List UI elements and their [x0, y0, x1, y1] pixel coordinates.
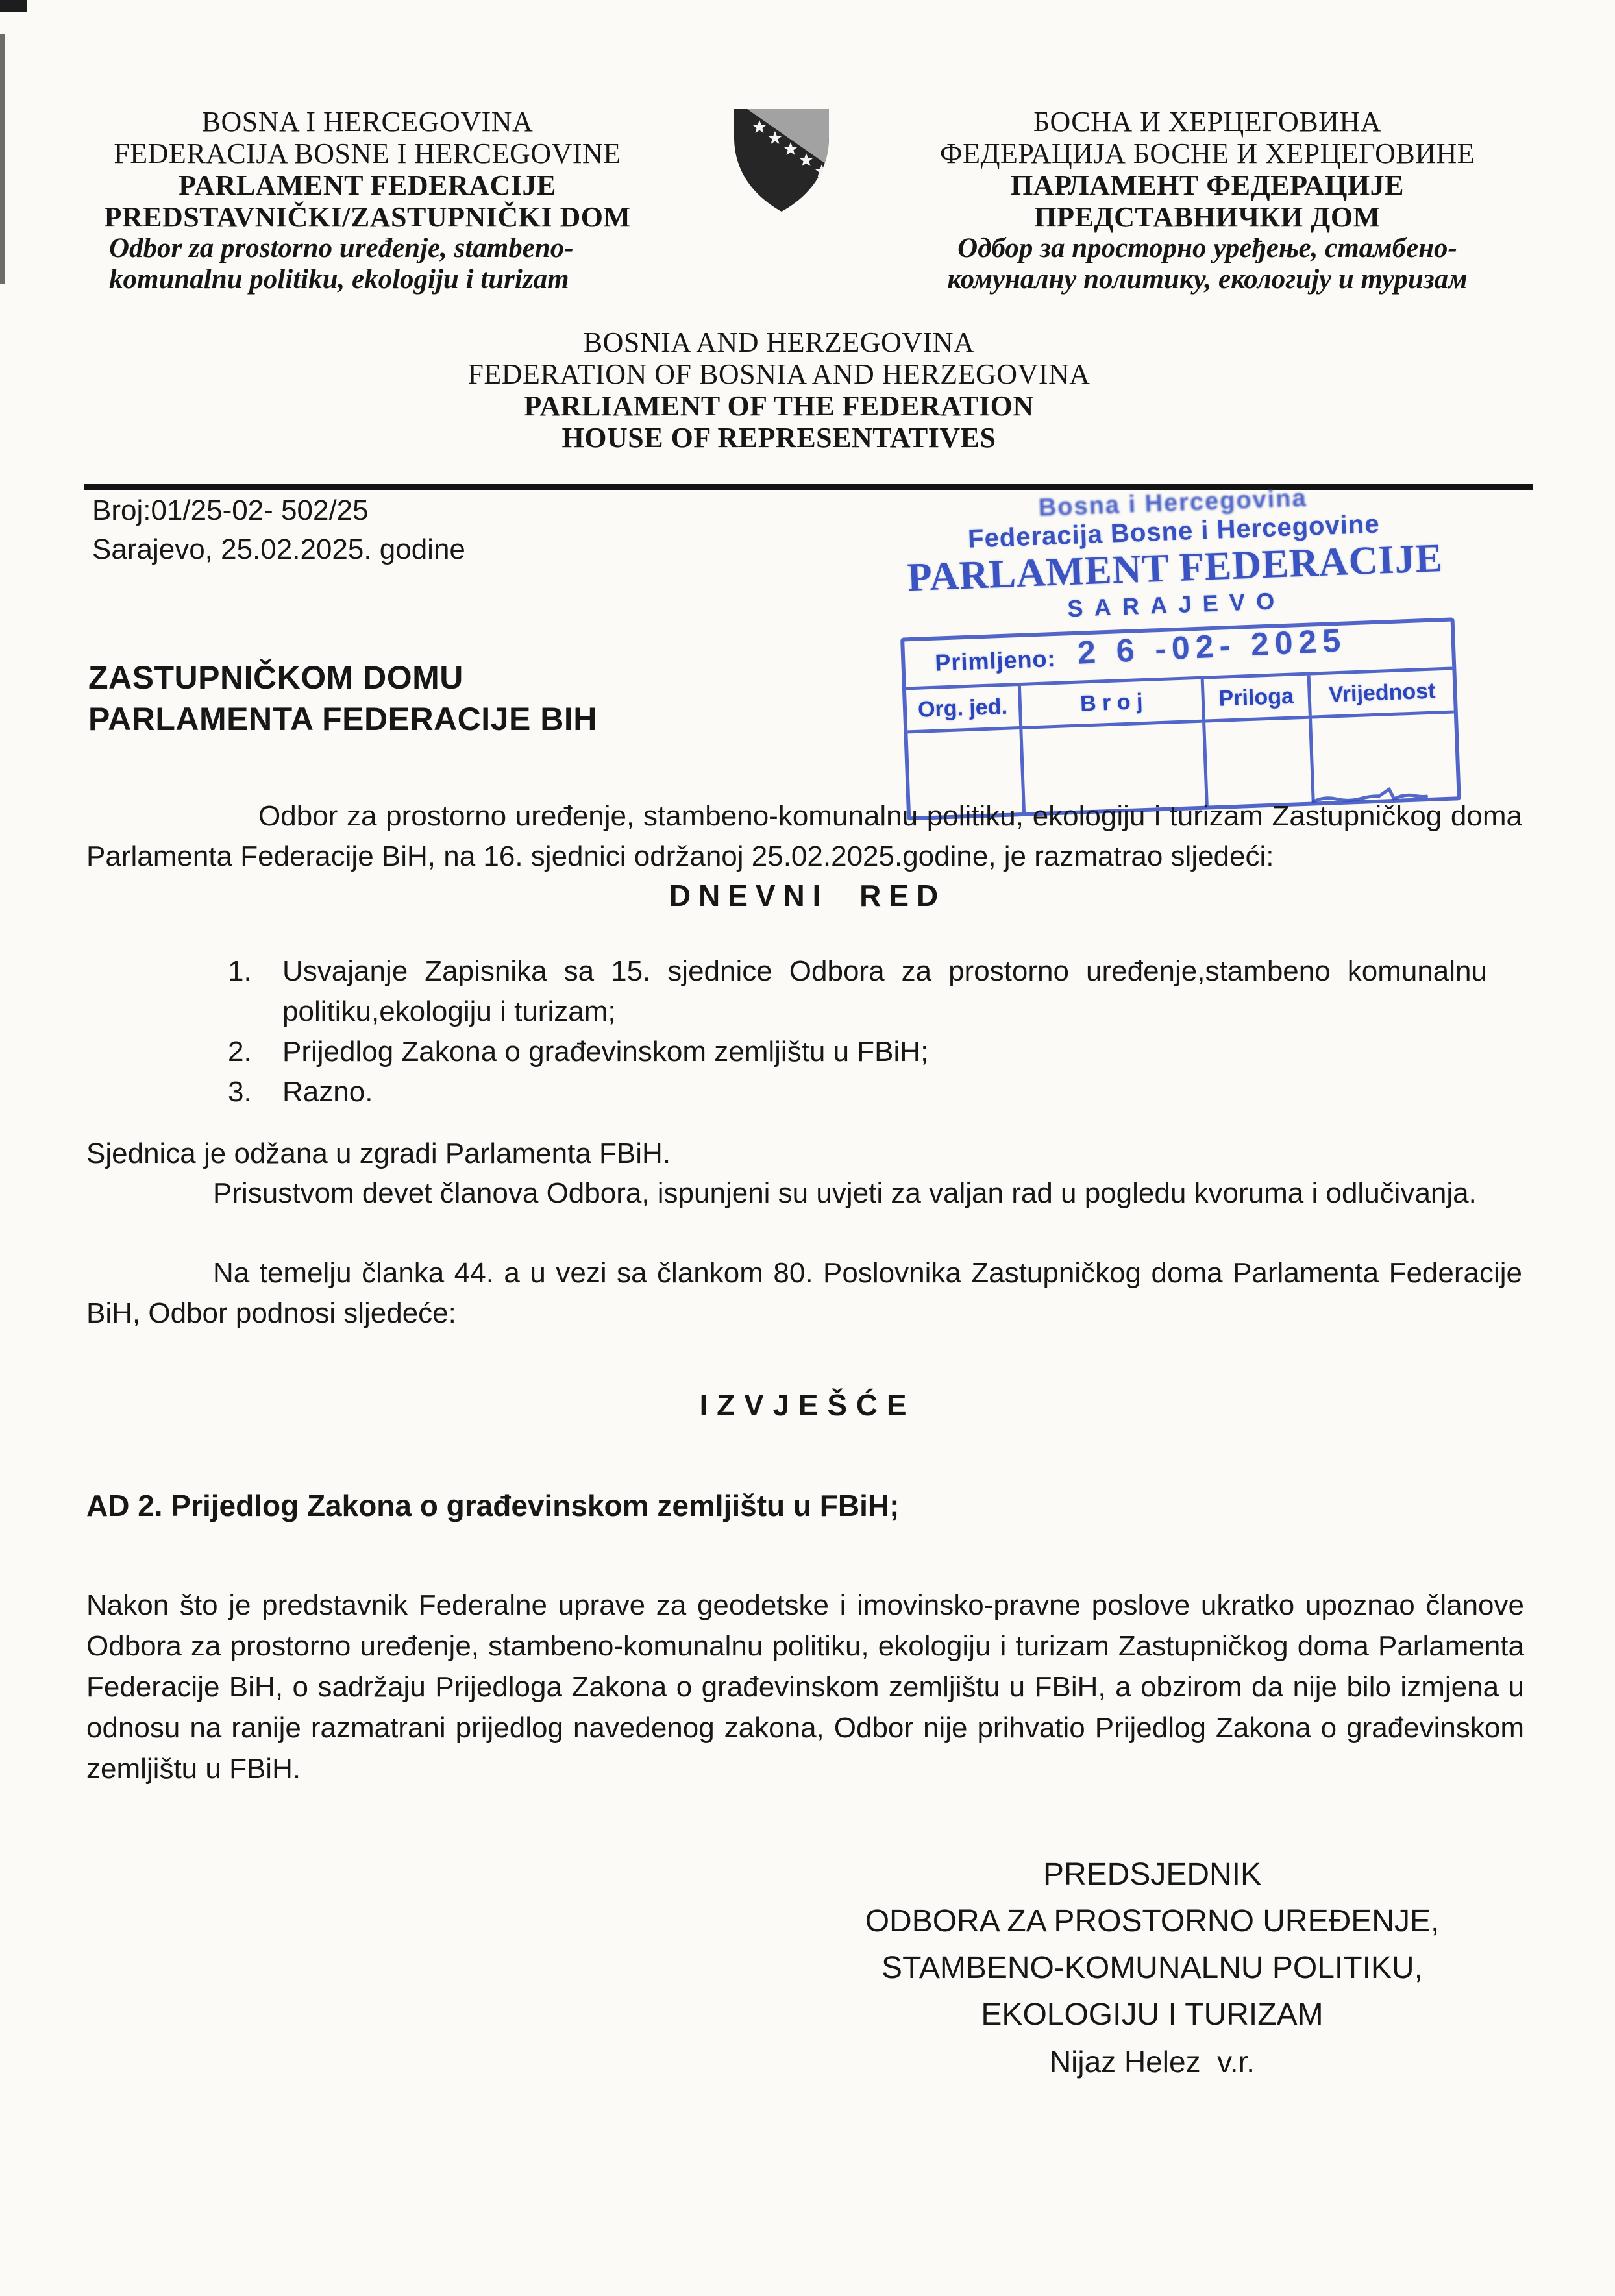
signature-title-line: ODBORA ZA PROSTORNO UREĐENJE, — [808, 1898, 1496, 1945]
signature-block: PREDSJEDNIK ODBORA ZA PROSTORNO UREĐENJE… — [808, 1851, 1496, 2085]
letterhead-line: BOSNA I HERCEGOVINA — [92, 106, 643, 138]
report-title: IZVJEŠĆE — [0, 1387, 1615, 1423]
addressee-line: ZASTUPNIČKOM DOMU — [88, 657, 597, 698]
letterhead-line: HOUSE OF REPRESENTATIVES — [422, 422, 1136, 454]
agenda-item-number: 1. — [228, 951, 282, 1032]
agenda-item: 3. Razno. — [228, 1072, 1523, 1112]
letterhead-line: PARLIAMENT OF THE FEDERATION — [422, 390, 1136, 422]
agenda-item-number: 3. — [228, 1072, 282, 1112]
stamp-col-org-jed: Org. jed. — [906, 686, 1022, 730]
agenda-item: 1. Usvajanje Zapisnika sa 15. sjednice O… — [228, 951, 1523, 1032]
letterhead-line: ПАРЛАМЕНТ ФЕДЕРАЦИЈЕ — [928, 169, 1486, 201]
bih-coat-of-arms-icon — [726, 103, 837, 219]
addressee-block: ZASTUPNIČKOM DOMU PARLAMENTA FEDERACIJE … — [88, 657, 597, 740]
agenda-list: 1. Usvajanje Zapisnika sa 15. sjednice O… — [228, 951, 1523, 1112]
committee-name-line: Одбор за просторно уређење, стамбено- — [928, 233, 1486, 264]
stamp-col-priloga: Priloga — [1204, 676, 1312, 720]
letterhead-line: PREDSTAVNIČKI/ZASTUPNIČKI DOM — [92, 201, 643, 233]
stamp-col-broj: B r o j — [1021, 679, 1205, 726]
stamp-empty-cell — [1205, 719, 1315, 806]
legal-basis-paragraph: Na temelju članka 44. a u vezi sa članko… — [86, 1253, 1522, 1334]
agenda-item-text: Usvajanje Zapisnika sa 15. sjednice Odbo… — [282, 951, 1523, 1032]
agenda-title: DNEVNI RED — [0, 878, 1615, 913]
committee-name-line: komunalnu politiku, ekologiju i turizam — [92, 264, 643, 295]
letterhead-line: ПРЕДСТАВНИЧКИ ДОМ — [928, 201, 1486, 233]
agenda-item-text: Razno. — [282, 1072, 409, 1112]
letterhead-line: FEDERATION OF BOSNIA AND HERZEGOVINA — [422, 358, 1136, 390]
reference-block: Broj:01/25-02- 502/25 Sarajevo, 25.02.20… — [92, 491, 465, 569]
stamp-received-label: Primljeno: — [935, 645, 1056, 677]
received-stamp: Bosna i Hercegovina Federacija Bosne i H… — [895, 480, 1461, 821]
stamp-col-vrijednost: Vrijednost — [1311, 670, 1454, 716]
reference-number: Broj:01/25-02- 502/25 — [92, 491, 465, 530]
letterhead-line: ФЕДЕРАЦИЈА БОСНЕ И ХЕРЦЕГОВИНЕ — [928, 138, 1486, 169]
stamp-table: Primljeno: 2 6 -02- 2025 Org. jed. B r o… — [900, 617, 1461, 820]
committee-name-line: Odbor za prostorno uređenje, stambeno- — [92, 233, 643, 264]
scan-artifact-corner — [0, 0, 27, 12]
committee-name-line: комуналну политику, екологију и туризам — [928, 264, 1486, 295]
letterhead-english-block: BOSNIA AND HERZEGOVINA FEDERATION OF BOS… — [422, 326, 1136, 454]
letterhead-line: FEDERACIJA BOSNE I HERCEGOVINE — [92, 138, 643, 169]
signature-title-line: STAMBENO-KOMUNALNU POLITIKU, — [808, 1945, 1496, 1992]
agenda-item: 2. Prijedlog Zakona o građevinskom zemlj… — [228, 1032, 1523, 1072]
quorum-paragraph: Prisustvom devet članova Odbora, ispunje… — [86, 1173, 1522, 1214]
agenda-item-text: Prijedlog Zakona o građevinskom zemljišt… — [282, 1032, 965, 1072]
report-item-heading: AD 2. Prijedlog Zakona o građevinskom ze… — [86, 1488, 899, 1523]
scan-artifact-edge — [0, 34, 5, 284]
letterhead-right-block: БОСНА И ХЕРЦЕГОВИНА ФЕДЕРАЦИЈА БОСНЕ И Х… — [928, 106, 1486, 295]
reference-place-date: Sarajevo, 25.02.2025. godine — [92, 530, 465, 569]
signature-title-line: PREDSJEDNIK — [808, 1851, 1496, 1898]
stamp-received-date: 2 6 -02- 2025 — [1077, 621, 1348, 671]
addressee-line: PARLAMENTA FEDERACIJE BIH — [88, 698, 597, 740]
session-paragraph: Sjednica je odžana u zgradi Parlamenta F… — [86, 1134, 671, 1174]
intro-paragraph: Odbor za prostorno uređenje, stambeno-ko… — [86, 796, 1522, 877]
letterhead-left-block: BOSNA I HERCEGOVINA FEDERACIJA BOSNE I H… — [92, 106, 643, 295]
signature-title-line: EKOLOGIJU I TURIZAM — [808, 1992, 1496, 2038]
report-body-paragraph: Nakon što je predstavnik Federalne uprav… — [86, 1585, 1524, 1789]
agenda-item-number: 2. — [228, 1032, 282, 1072]
letterhead-line: PARLAMENT FEDERACIJE — [92, 169, 643, 201]
letterhead-line: БОСНА И ХЕРЦЕГОВИНА — [928, 106, 1486, 138]
signatory-name: Nijaz Helez v.r. — [808, 2038, 1496, 2085]
letterhead-line: BOSNIA AND HERZEGOVINA — [422, 326, 1136, 358]
